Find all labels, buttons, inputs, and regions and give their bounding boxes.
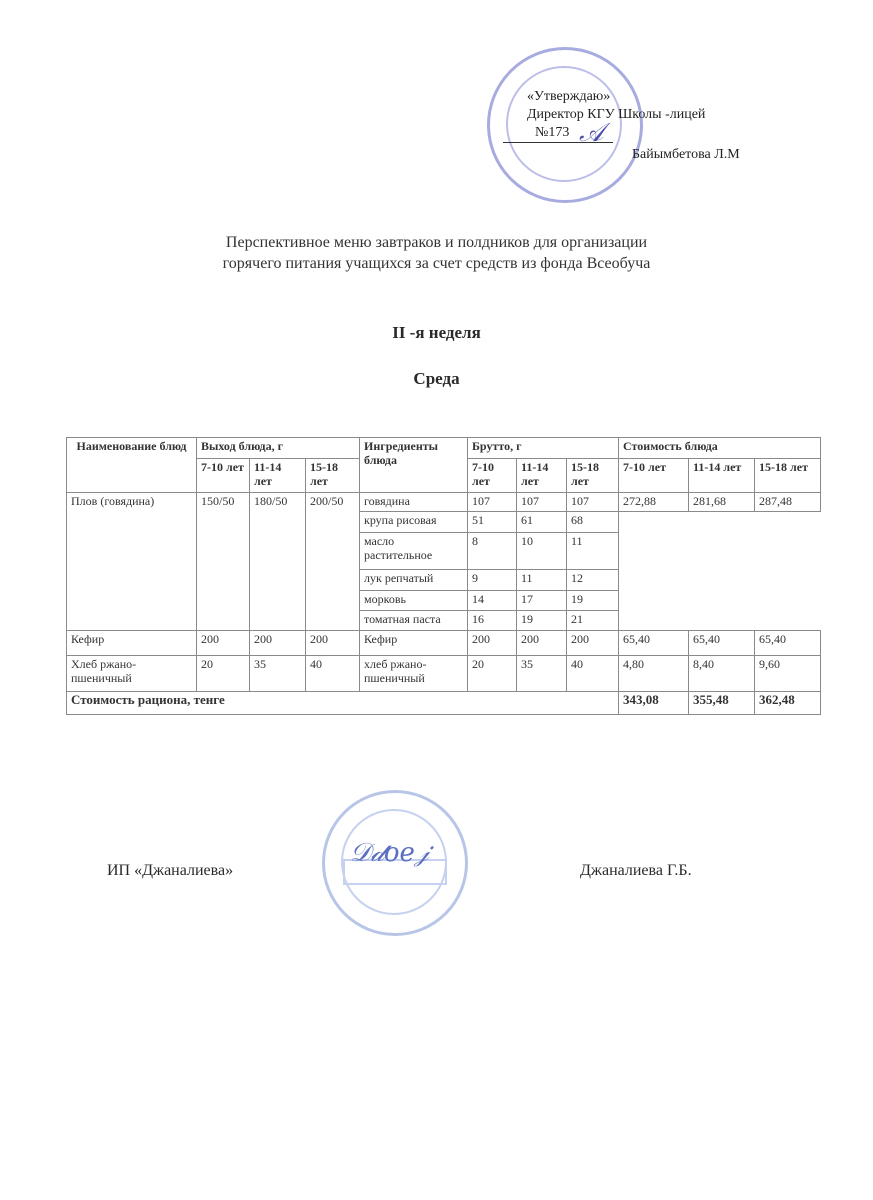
gross-value: 14 xyxy=(468,591,517,611)
header-age: 11-14 лет xyxy=(517,459,567,493)
cost-value: 65,40 xyxy=(619,631,689,656)
entrepreneur-signature-icon: 𝒟𝒹𝑜𝑒𝒿 xyxy=(350,838,429,869)
ingredient-name: масло растительное xyxy=(360,533,468,570)
gross-value: 68 xyxy=(567,512,619,533)
gross-value: 200 xyxy=(468,631,517,656)
cost-value: 65,40 xyxy=(755,631,821,656)
header-age: 15-18 лет xyxy=(306,459,360,493)
week-heading: II -я неделя xyxy=(0,323,873,343)
table-row: Кефир 200 200 200 Кефир 200 200 200 65,4… xyxy=(67,631,821,656)
cost-value: 4,80 xyxy=(619,656,689,692)
approval-school-number: №173 xyxy=(527,124,705,142)
document-title: Перспективное меню завтраков и полдников… xyxy=(0,232,873,274)
gross-value: 200 xyxy=(567,631,619,656)
header-age: 7-10 лет xyxy=(468,459,517,493)
output-value: 200 xyxy=(306,631,360,656)
gross-value: 11 xyxy=(567,533,619,570)
gross-value: 9 xyxy=(468,570,517,591)
gross-value: 107 xyxy=(468,493,517,512)
header-ingredients: Ингредиенты блюда xyxy=(360,438,468,493)
title-line-1: Перспективное меню завтраков и полдников… xyxy=(0,232,873,253)
output-value: 180/50 xyxy=(250,493,306,631)
approval-position: Директор КГУ Школы -лицей xyxy=(527,106,705,124)
table-header-row: Наименование блюд Выход блюда, г Ингреди… xyxy=(67,438,821,459)
output-value: 200/50 xyxy=(306,493,360,631)
gross-value: 19 xyxy=(567,591,619,611)
header-age: 15-18 лет xyxy=(755,459,821,493)
total-label: Стоимость рациона, тенге xyxy=(67,692,619,715)
header-age: 11-14 лет xyxy=(250,459,306,493)
cost-value: 9,60 xyxy=(755,656,821,692)
table-row: Плов (говядина) 150/50 180/50 200/50 гов… xyxy=(67,493,821,512)
day-heading: Среда xyxy=(0,369,873,389)
total-value: 343,08 xyxy=(619,692,689,715)
gross-value: 61 xyxy=(517,512,567,533)
dish-name: Хлеб ржано-пшеничный xyxy=(67,656,197,692)
cost-value: 65,40 xyxy=(689,631,755,656)
output-value: 35 xyxy=(250,656,306,692)
empty-cost-area xyxy=(619,512,821,631)
output-value: 20 xyxy=(197,656,250,692)
ingredient-name: томатная паста xyxy=(360,611,468,631)
output-value: 150/50 xyxy=(197,493,250,631)
total-value: 362,48 xyxy=(755,692,821,715)
gross-value: 11 xyxy=(517,570,567,591)
approval-signatory: Байымбетова Л.М xyxy=(632,146,740,164)
ingredient-name: говядина xyxy=(360,493,468,512)
header-gross: Брутто, г xyxy=(468,438,619,459)
header-age: 7-10 лет xyxy=(197,459,250,493)
menu-table: Наименование блюд Выход блюда, г Ингреди… xyxy=(66,437,821,715)
header-dish-name: Наименование блюд xyxy=(67,438,197,493)
director-signature-icon: 𝒜 xyxy=(579,124,604,142)
footer-company: ИП «Джаналиева» xyxy=(107,862,233,880)
cost-value: 272,88 xyxy=(619,493,689,512)
header-age: 7-10 лет xyxy=(619,459,689,493)
footer-signatory: Джаналиева Г.Б. xyxy=(580,862,692,880)
output-value: 40 xyxy=(306,656,360,692)
dish-name: Кефир xyxy=(67,631,197,656)
ingredient-name: Кефир xyxy=(360,631,468,656)
gross-value: 107 xyxy=(567,493,619,512)
ingredient-name: морковь xyxy=(360,591,468,611)
gross-value: 40 xyxy=(567,656,619,692)
gross-value: 35 xyxy=(517,656,567,692)
approval-block: «Утверждаю» Директор КГУ Школы -лицей №1… xyxy=(527,88,705,142)
gross-value: 10 xyxy=(517,533,567,570)
total-value: 355,48 xyxy=(689,692,755,715)
gross-value: 20 xyxy=(468,656,517,692)
cost-value: 281,68 xyxy=(689,493,755,512)
ingredient-name: хлеб ржано-пшеничный xyxy=(360,656,468,692)
gross-value: 19 xyxy=(517,611,567,631)
header-output: Выход блюда, г xyxy=(197,438,360,459)
cost-value: 287,48 xyxy=(755,493,821,512)
gross-value: 17 xyxy=(517,591,567,611)
gross-value: 8 xyxy=(468,533,517,570)
output-value: 200 xyxy=(197,631,250,656)
header-cost: Стоимость блюда xyxy=(619,438,821,459)
total-row: Стоимость рациона, тенге 343,08 355,48 3… xyxy=(67,692,821,715)
output-value: 200 xyxy=(250,631,306,656)
header-age: 11-14 лет xyxy=(689,459,755,493)
gross-value: 12 xyxy=(567,570,619,591)
gross-value: 107 xyxy=(517,493,567,512)
gross-value: 16 xyxy=(468,611,517,631)
cost-value: 8,40 xyxy=(689,656,755,692)
title-line-2: горячего питания учащихся за счет средст… xyxy=(0,253,873,274)
ingredient-name: крупа рисовая xyxy=(360,512,468,533)
approval-label: «Утверждаю» xyxy=(527,88,705,106)
ingredient-name: лук репчатый xyxy=(360,570,468,591)
dish-name: Плов (говядина) xyxy=(67,493,197,631)
gross-value: 21 xyxy=(567,611,619,631)
table-row: Хлеб ржано-пшеничный 20 35 40 хлеб ржано… xyxy=(67,656,821,692)
header-age: 15-18 лет xyxy=(567,459,619,493)
gross-value: 200 xyxy=(517,631,567,656)
gross-value: 51 xyxy=(468,512,517,533)
